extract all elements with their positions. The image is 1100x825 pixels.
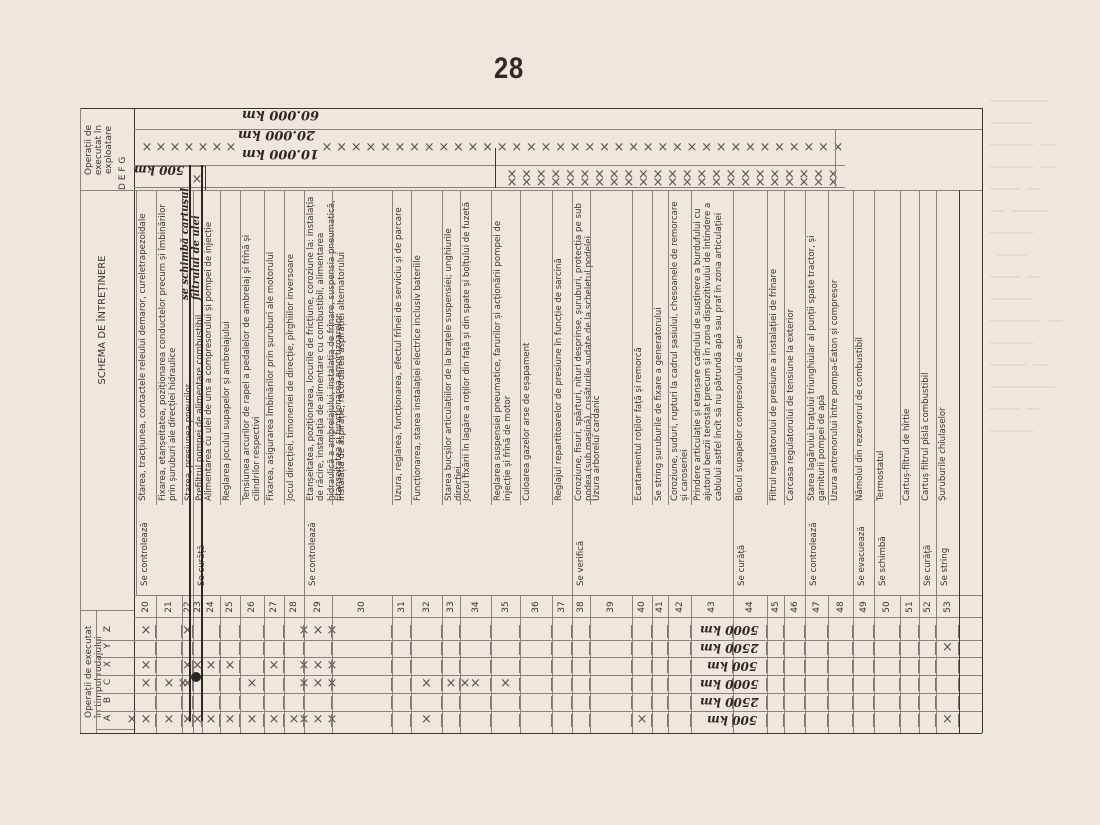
rule-line <box>411 190 412 505</box>
rule-line <box>442 595 443 733</box>
cell-divider <box>783 696 784 709</box>
cell-divider <box>783 678 784 691</box>
rule-line <box>332 190 333 505</box>
cell-divider <box>490 660 491 673</box>
cell-divider <box>490 678 491 691</box>
rule-line <box>491 190 492 505</box>
cell-divider <box>651 625 652 638</box>
row-description: Uzura antrenorului între pompa-Eaton și … <box>830 194 840 501</box>
cell-divider <box>804 625 805 638</box>
x-mark: × <box>583 141 597 155</box>
cell-divider <box>155 642 156 655</box>
row-description: Prindere articulație și etanșare cadrulu… <box>693 194 724 501</box>
x-mark: × <box>729 141 743 155</box>
cell-divider <box>283 660 284 673</box>
rule-line <box>632 595 633 733</box>
rule-line <box>552 190 553 505</box>
schema-title: SCHEMA DE ÎNTREȚINERE <box>97 256 108 385</box>
x-mark: × <box>481 141 495 155</box>
cell-divider <box>935 714 936 727</box>
cell-divider <box>935 696 936 709</box>
row-action: Se curăță <box>923 496 933 586</box>
row-description: Coroziune, suduri, rupturi la cadrul șas… <box>670 194 691 501</box>
rule-line <box>134 640 982 641</box>
row-number: 53 <box>943 599 953 615</box>
x-mark: × <box>816 141 830 155</box>
rule-line <box>691 595 692 733</box>
x-mark: × <box>267 713 281 727</box>
x-mark: × <box>724 176 738 190</box>
cell-divider <box>192 714 193 727</box>
rule-line <box>959 190 960 733</box>
cell-divider <box>459 642 460 655</box>
cell-divider <box>490 625 491 638</box>
x-mark: × <box>758 141 772 155</box>
cell-divider <box>873 642 874 655</box>
x-mark: × <box>641 141 655 155</box>
rule-line <box>919 595 920 733</box>
handwritten-note: 2500 km <box>700 641 759 655</box>
cell-divider <box>766 642 767 655</box>
rule-line <box>392 190 393 505</box>
cell-divider <box>589 696 590 709</box>
x-mark: × <box>578 176 592 190</box>
row-number: 52 <box>923 599 933 615</box>
cell-divider <box>571 678 572 691</box>
cell-divider <box>589 678 590 691</box>
x-mark: × <box>349 141 363 155</box>
rule-line <box>919 505 920 595</box>
x-mark: × <box>709 176 723 190</box>
rule-line <box>919 190 920 505</box>
cell-divider <box>873 625 874 638</box>
cell-divider <box>303 642 304 655</box>
rule-line <box>96 640 134 641</box>
cell-divider <box>631 625 632 638</box>
row-number: 51 <box>905 599 915 615</box>
handwritten-note: 60.000 km <box>242 107 319 122</box>
cell-divider <box>873 678 874 691</box>
cell-divider <box>263 678 264 691</box>
x-mark: × <box>196 141 210 155</box>
rule-line <box>240 595 241 733</box>
cell-divider <box>631 642 632 655</box>
x-mark: × <box>714 141 728 155</box>
cell-divider <box>219 696 220 709</box>
cell-divider <box>263 642 264 655</box>
row-number: 37 <box>557 599 567 615</box>
rule-line <box>284 595 285 733</box>
x-mark: × <box>437 141 451 155</box>
rodaj-col-b: B <box>103 692 113 708</box>
x-mark: × <box>325 624 339 638</box>
cell-divider <box>571 696 572 709</box>
x-mark: × <box>335 141 349 155</box>
x-mark: × <box>466 141 480 155</box>
x-mark: × <box>505 176 519 190</box>
cell-divider <box>219 625 220 638</box>
cell-divider <box>551 714 552 727</box>
x-mark: × <box>768 176 782 190</box>
row-number: 40 <box>637 599 647 615</box>
rule-line <box>392 595 393 733</box>
cell-divider <box>551 660 552 673</box>
cell-divider <box>519 678 520 691</box>
x-mark: × <box>773 141 787 155</box>
row-description: Se string șuruburile de fixare a generat… <box>654 194 664 501</box>
cell-divider <box>551 625 552 638</box>
rule-line <box>80 733 982 734</box>
cell-divider <box>519 714 520 727</box>
row-action: Se string <box>940 496 950 586</box>
cell-divider <box>783 714 784 727</box>
rule-line <box>520 190 521 505</box>
x-mark: × <box>627 141 641 155</box>
cell-divider <box>667 714 668 727</box>
rule-line <box>136 190 137 505</box>
cell-divider <box>331 678 332 691</box>
cell-divider <box>283 714 284 727</box>
cell-divider <box>690 714 691 727</box>
rule-line <box>784 190 785 505</box>
cell-divider <box>391 678 392 691</box>
cell-divider <box>935 660 936 673</box>
cell-divider <box>519 696 520 709</box>
row-number: 27 <box>269 599 279 615</box>
rule-line <box>134 165 845 166</box>
cell-divider <box>589 625 590 638</box>
rule-line <box>767 595 768 733</box>
x-mark: × <box>204 713 218 727</box>
x-mark: × <box>297 659 311 673</box>
cell-divider <box>391 625 392 638</box>
x-mark: × <box>510 141 524 155</box>
x-mark: × <box>420 713 434 727</box>
rule-line <box>460 190 461 505</box>
cell-divider <box>667 678 668 691</box>
row-description: Blocul supapelor compresorului de aer <box>735 194 745 501</box>
x-mark: × <box>140 141 154 155</box>
cell-divider <box>155 678 156 691</box>
row-number: 22 <box>183 599 193 615</box>
cell-divider <box>958 678 959 691</box>
rule-line <box>874 595 875 733</box>
row-number: 32 <box>422 599 432 615</box>
cell-divider <box>899 625 900 638</box>
x-mark: × <box>139 713 153 727</box>
cell-divider <box>441 660 442 673</box>
cell-divider <box>766 625 767 638</box>
rule-line <box>853 595 854 733</box>
x-mark: × <box>223 713 237 727</box>
handwritten-note: 2500 km <box>700 695 759 709</box>
cell-divider <box>918 696 919 709</box>
x-mark: × <box>651 176 665 190</box>
cell-divider <box>827 642 828 655</box>
cell-divider <box>783 642 784 655</box>
row-number: 44 <box>745 599 755 615</box>
handwritten-note: 500 km <box>707 713 757 727</box>
x-mark: × <box>549 176 563 190</box>
rule-line <box>853 190 854 505</box>
rule-line <box>156 190 157 505</box>
cell-divider <box>852 625 853 638</box>
rule-line <box>80 108 982 109</box>
row-number: 28 <box>289 599 299 615</box>
row-number: 48 <box>836 599 846 615</box>
cell-divider <box>331 660 332 673</box>
x-mark: × <box>743 141 757 155</box>
cell-divider <box>631 696 632 709</box>
cell-divider <box>410 678 411 691</box>
row-number: 39 <box>606 599 616 615</box>
cell-divider <box>852 642 853 655</box>
cell-divider <box>935 678 936 691</box>
cell-divider <box>827 696 828 709</box>
cell-divider <box>631 660 632 673</box>
rule-line <box>134 675 982 676</box>
x-mark: × <box>782 176 796 190</box>
cell-divider <box>192 696 193 709</box>
cell-divider <box>918 714 919 727</box>
rule-line <box>495 148 496 188</box>
cell-divider <box>899 660 900 673</box>
x-mark: × <box>311 677 325 691</box>
cell-divider <box>303 660 304 673</box>
cell-divider <box>899 678 900 691</box>
x-mark: × <box>297 677 311 691</box>
rule-line <box>572 505 573 595</box>
rule-line <box>411 595 412 733</box>
cell-divider <box>958 625 959 638</box>
rule-line <box>900 190 901 505</box>
x-mark: × <box>378 141 392 155</box>
cell-divider <box>391 660 392 673</box>
x-mark: × <box>325 713 339 727</box>
rule-line <box>134 693 982 694</box>
rule-line <box>134 617 982 618</box>
cell-divider <box>783 625 784 638</box>
rule-line <box>936 190 937 505</box>
cell-divider <box>219 714 220 727</box>
row-action: Se curăță <box>737 496 747 586</box>
rule-line <box>156 595 157 733</box>
x-mark: × <box>245 677 259 691</box>
cell-divider <box>181 714 182 727</box>
cell-divider <box>918 625 919 638</box>
row-number: 49 <box>859 599 869 615</box>
cell-divider <box>441 625 442 638</box>
row-description: Uzura arborelui cardanic <box>592 194 602 501</box>
row-number: 25 <box>225 599 235 615</box>
x-mark: × <box>635 713 649 727</box>
cell-divider <box>873 696 874 709</box>
cell-divider <box>804 696 805 709</box>
rule-line <box>240 190 241 505</box>
cell-divider <box>391 714 392 727</box>
x-mark: × <box>831 141 845 155</box>
cell-divider <box>667 642 668 655</box>
exploatare-cols: D E F G <box>118 110 128 190</box>
row-number: 21 <box>164 599 174 615</box>
rule-line <box>80 108 81 733</box>
x-mark: × <box>941 641 955 655</box>
x-mark: × <box>444 677 458 691</box>
rodaj-col-x: X <box>103 656 113 672</box>
cell-divider <box>690 642 691 655</box>
rodaj-col-a: A <box>103 710 113 726</box>
row-description: Ecartamentul roților față și remorcă <box>634 194 644 501</box>
cell-divider <box>589 642 590 655</box>
rule-line <box>632 190 633 505</box>
cell-divider <box>571 642 572 655</box>
rule-line <box>733 190 734 505</box>
x-mark: × <box>154 141 168 155</box>
x-mark: × <box>670 141 684 155</box>
cell-divider <box>519 660 520 673</box>
handwritten-note: 500 km <box>134 163 184 177</box>
rule-line <box>936 595 937 733</box>
rule-line <box>264 190 265 505</box>
cell-divider <box>391 696 392 709</box>
x-mark: × <box>325 659 339 673</box>
x-mark: × <box>311 624 325 638</box>
handwritten-note: 5000 km <box>700 677 759 691</box>
row-description: Culoarea gazelor arse de eșapament <box>522 194 532 501</box>
rule-line <box>520 595 521 733</box>
cell-divider <box>551 642 552 655</box>
cell-divider <box>239 714 240 727</box>
rule-line <box>80 190 134 191</box>
x-mark: × <box>941 713 955 727</box>
row-number: 41 <box>655 599 665 615</box>
row-number: 36 <box>531 599 541 615</box>
cell-divider <box>155 660 156 673</box>
cell-divider <box>219 678 220 691</box>
cell-divider <box>589 714 590 727</box>
cell-divider <box>155 714 156 727</box>
cell-divider <box>690 678 691 691</box>
row-description: Filtrul regulatorului de presiune a inst… <box>769 194 779 501</box>
row-number: 50 <box>882 599 892 615</box>
rule-line <box>134 657 982 658</box>
row-description: Nămolul din rezervorul de combustibil <box>855 194 865 501</box>
rule-line <box>80 610 134 611</box>
cell-divider <box>766 714 767 727</box>
x-mark: × <box>469 677 483 691</box>
cell-divider <box>899 642 900 655</box>
row-number: 47 <box>812 599 822 615</box>
x-mark: × <box>802 141 816 155</box>
x-mark: × <box>168 141 182 155</box>
x-mark: × <box>812 176 826 190</box>
x-mark: × <box>204 659 218 673</box>
x-mark: × <box>520 176 534 190</box>
x-mark: × <box>311 659 325 673</box>
cell-divider <box>571 625 572 638</box>
x-mark: × <box>210 141 224 155</box>
cell-divider <box>918 678 919 691</box>
x-mark: × <box>451 141 465 155</box>
row-number: 45 <box>771 599 781 615</box>
row-action: Se evacuează <box>857 496 867 586</box>
cell-divider <box>766 660 767 673</box>
cell-divider <box>631 714 632 727</box>
cell-divider <box>181 660 182 673</box>
cell-divider <box>804 714 805 727</box>
row-description: Cartuș-filtrul de hîrtie <box>902 194 912 501</box>
row-action: Se controlează <box>809 496 819 586</box>
cell-divider <box>490 714 491 727</box>
header-exploatare-label: Operații de executat în exploatare <box>84 125 114 175</box>
rule-line <box>874 505 875 595</box>
cell-divider <box>283 696 284 709</box>
rule-line <box>874 190 875 505</box>
cell-divider <box>571 660 572 673</box>
rule-line <box>96 610 97 733</box>
cell-divider <box>783 660 784 673</box>
cell-divider <box>219 660 220 673</box>
cell-divider <box>410 696 411 709</box>
cell-divider <box>766 696 767 709</box>
cell-divider <box>239 678 240 691</box>
x-mark: × <box>680 176 694 190</box>
cell-divider <box>459 714 460 727</box>
cell-divider <box>551 696 552 709</box>
cell-divider <box>631 678 632 691</box>
cell-divider <box>667 625 668 638</box>
cell-divider <box>459 660 460 673</box>
header-schema: SCHEMA DE ÎNTREȚINERE <box>98 170 108 470</box>
cell-divider <box>331 642 332 655</box>
rule-line <box>220 595 221 733</box>
x-mark: × <box>320 141 334 155</box>
cell-divider <box>852 678 853 691</box>
cell-divider <box>958 714 959 727</box>
ink-blot <box>191 672 201 682</box>
row-description: Cartuș filtrul pîslă combustibil <box>921 194 931 501</box>
rule-line <box>828 190 829 505</box>
cell-divider <box>958 696 959 709</box>
rule-line <box>784 595 785 733</box>
cell-divider <box>667 660 668 673</box>
cell-divider <box>391 642 392 655</box>
cell-divider <box>441 642 442 655</box>
x-mark: × <box>797 176 811 190</box>
cell-divider <box>441 714 442 727</box>
rule-line <box>96 729 134 730</box>
cell-divider <box>263 660 264 673</box>
cell-divider <box>303 696 304 709</box>
row-description: Tensiunea arcurilor de rapel a pedalelor… <box>242 194 263 501</box>
cell-divider <box>651 642 652 655</box>
header-rodaj: Operații de executat în timpul rodajului <box>84 618 104 718</box>
x-mark: × <box>787 141 801 155</box>
x-mark: × <box>224 141 238 155</box>
rule-line <box>205 166 206 190</box>
cell-divider <box>263 696 264 709</box>
rule-line <box>96 675 134 676</box>
cell-divider <box>690 696 691 709</box>
cell-divider <box>804 678 805 691</box>
x-mark: × <box>245 713 259 727</box>
rule-line <box>193 505 194 595</box>
rule-line <box>284 190 285 505</box>
x-mark: × <box>139 659 153 673</box>
rule-line <box>134 190 982 191</box>
rule-line <box>835 130 836 188</box>
cell-divider <box>918 660 919 673</box>
